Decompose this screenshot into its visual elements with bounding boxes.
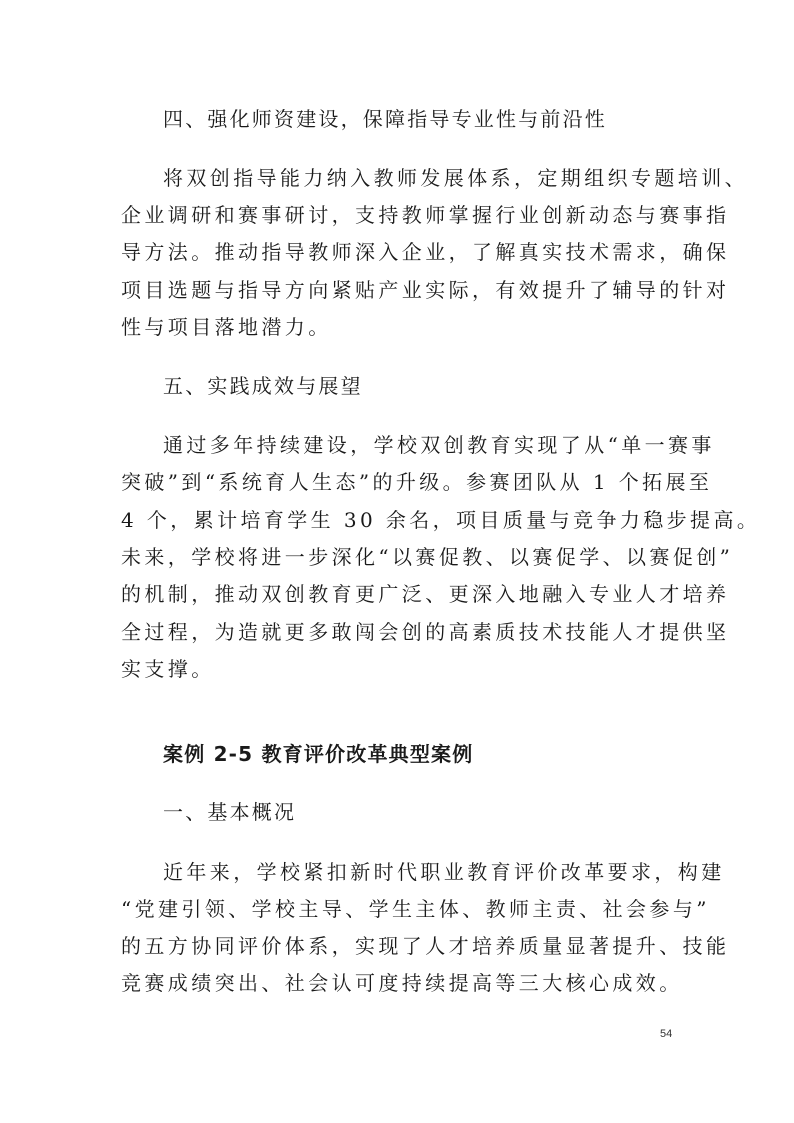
paragraph-line: 企业调研和赛事研讨，支持教师掌握行业创新动态与赛事指 xyxy=(121,203,729,227)
paragraph-line: 的五方协同评价体系，实现了人才培养质量显著提升、技能 xyxy=(121,934,729,958)
paragraph-line: 通过多年持续建设，学校双创教育实现了从“单一赛事 xyxy=(163,433,715,457)
section-heading: 五、实践成效与展望 xyxy=(163,374,363,398)
paragraph-line: 突破”到“系统育人生态”的升级。参赛团队从 1 个拓展至 xyxy=(121,470,712,494)
paragraph-line: 4 个，累计培育学生 30 余名，项目质量与竞争力稳步提高。 xyxy=(121,508,760,532)
paragraph-line: 未来，学校将进一步深化“以赛促教、以赛促学、以赛促创” xyxy=(121,545,733,569)
paragraph-line: 导方法。推动指导教师深入企业，了解真实技术需求，确保 xyxy=(121,240,729,264)
paragraph-line: 竞赛成绩突出、社会认可度持续提高等三大核心成效。 xyxy=(121,971,683,995)
paragraph-line: 将双创指导能力纳入教师发展体系，定期组织专题培训、 xyxy=(163,166,748,190)
section-heading: 一、基本概况 xyxy=(163,800,296,824)
paragraph-line: “党建引领、学校主导、学生主体、教师主责、社会参与” xyxy=(121,897,710,921)
paragraph-line: 性与项目落地潜力。 xyxy=(121,315,332,339)
page-number: 54 xyxy=(660,1028,672,1040)
paragraph-line: 项目选题与指导方向紧贴产业实际，有效提升了辅导的针对 xyxy=(121,278,729,302)
section-heading: 四、强化师资建设，保障指导专业性与前沿性 xyxy=(163,107,607,131)
paragraph-line: 实支撑。 xyxy=(121,657,215,681)
paragraph-line: 近年来，学校紧扣新时代职业教育评价改革要求，构建 xyxy=(163,860,725,884)
case-title: 案例 2-5 教育评价改革典型案例 xyxy=(163,742,473,766)
paragraph-line: 全过程，为造就更多敢闯会创的高素质技术技能人才提供坚 xyxy=(121,620,729,644)
paragraph-line: 的机制，推动双创教育更广泛、更深入地融入专业人才培养 xyxy=(121,582,729,606)
